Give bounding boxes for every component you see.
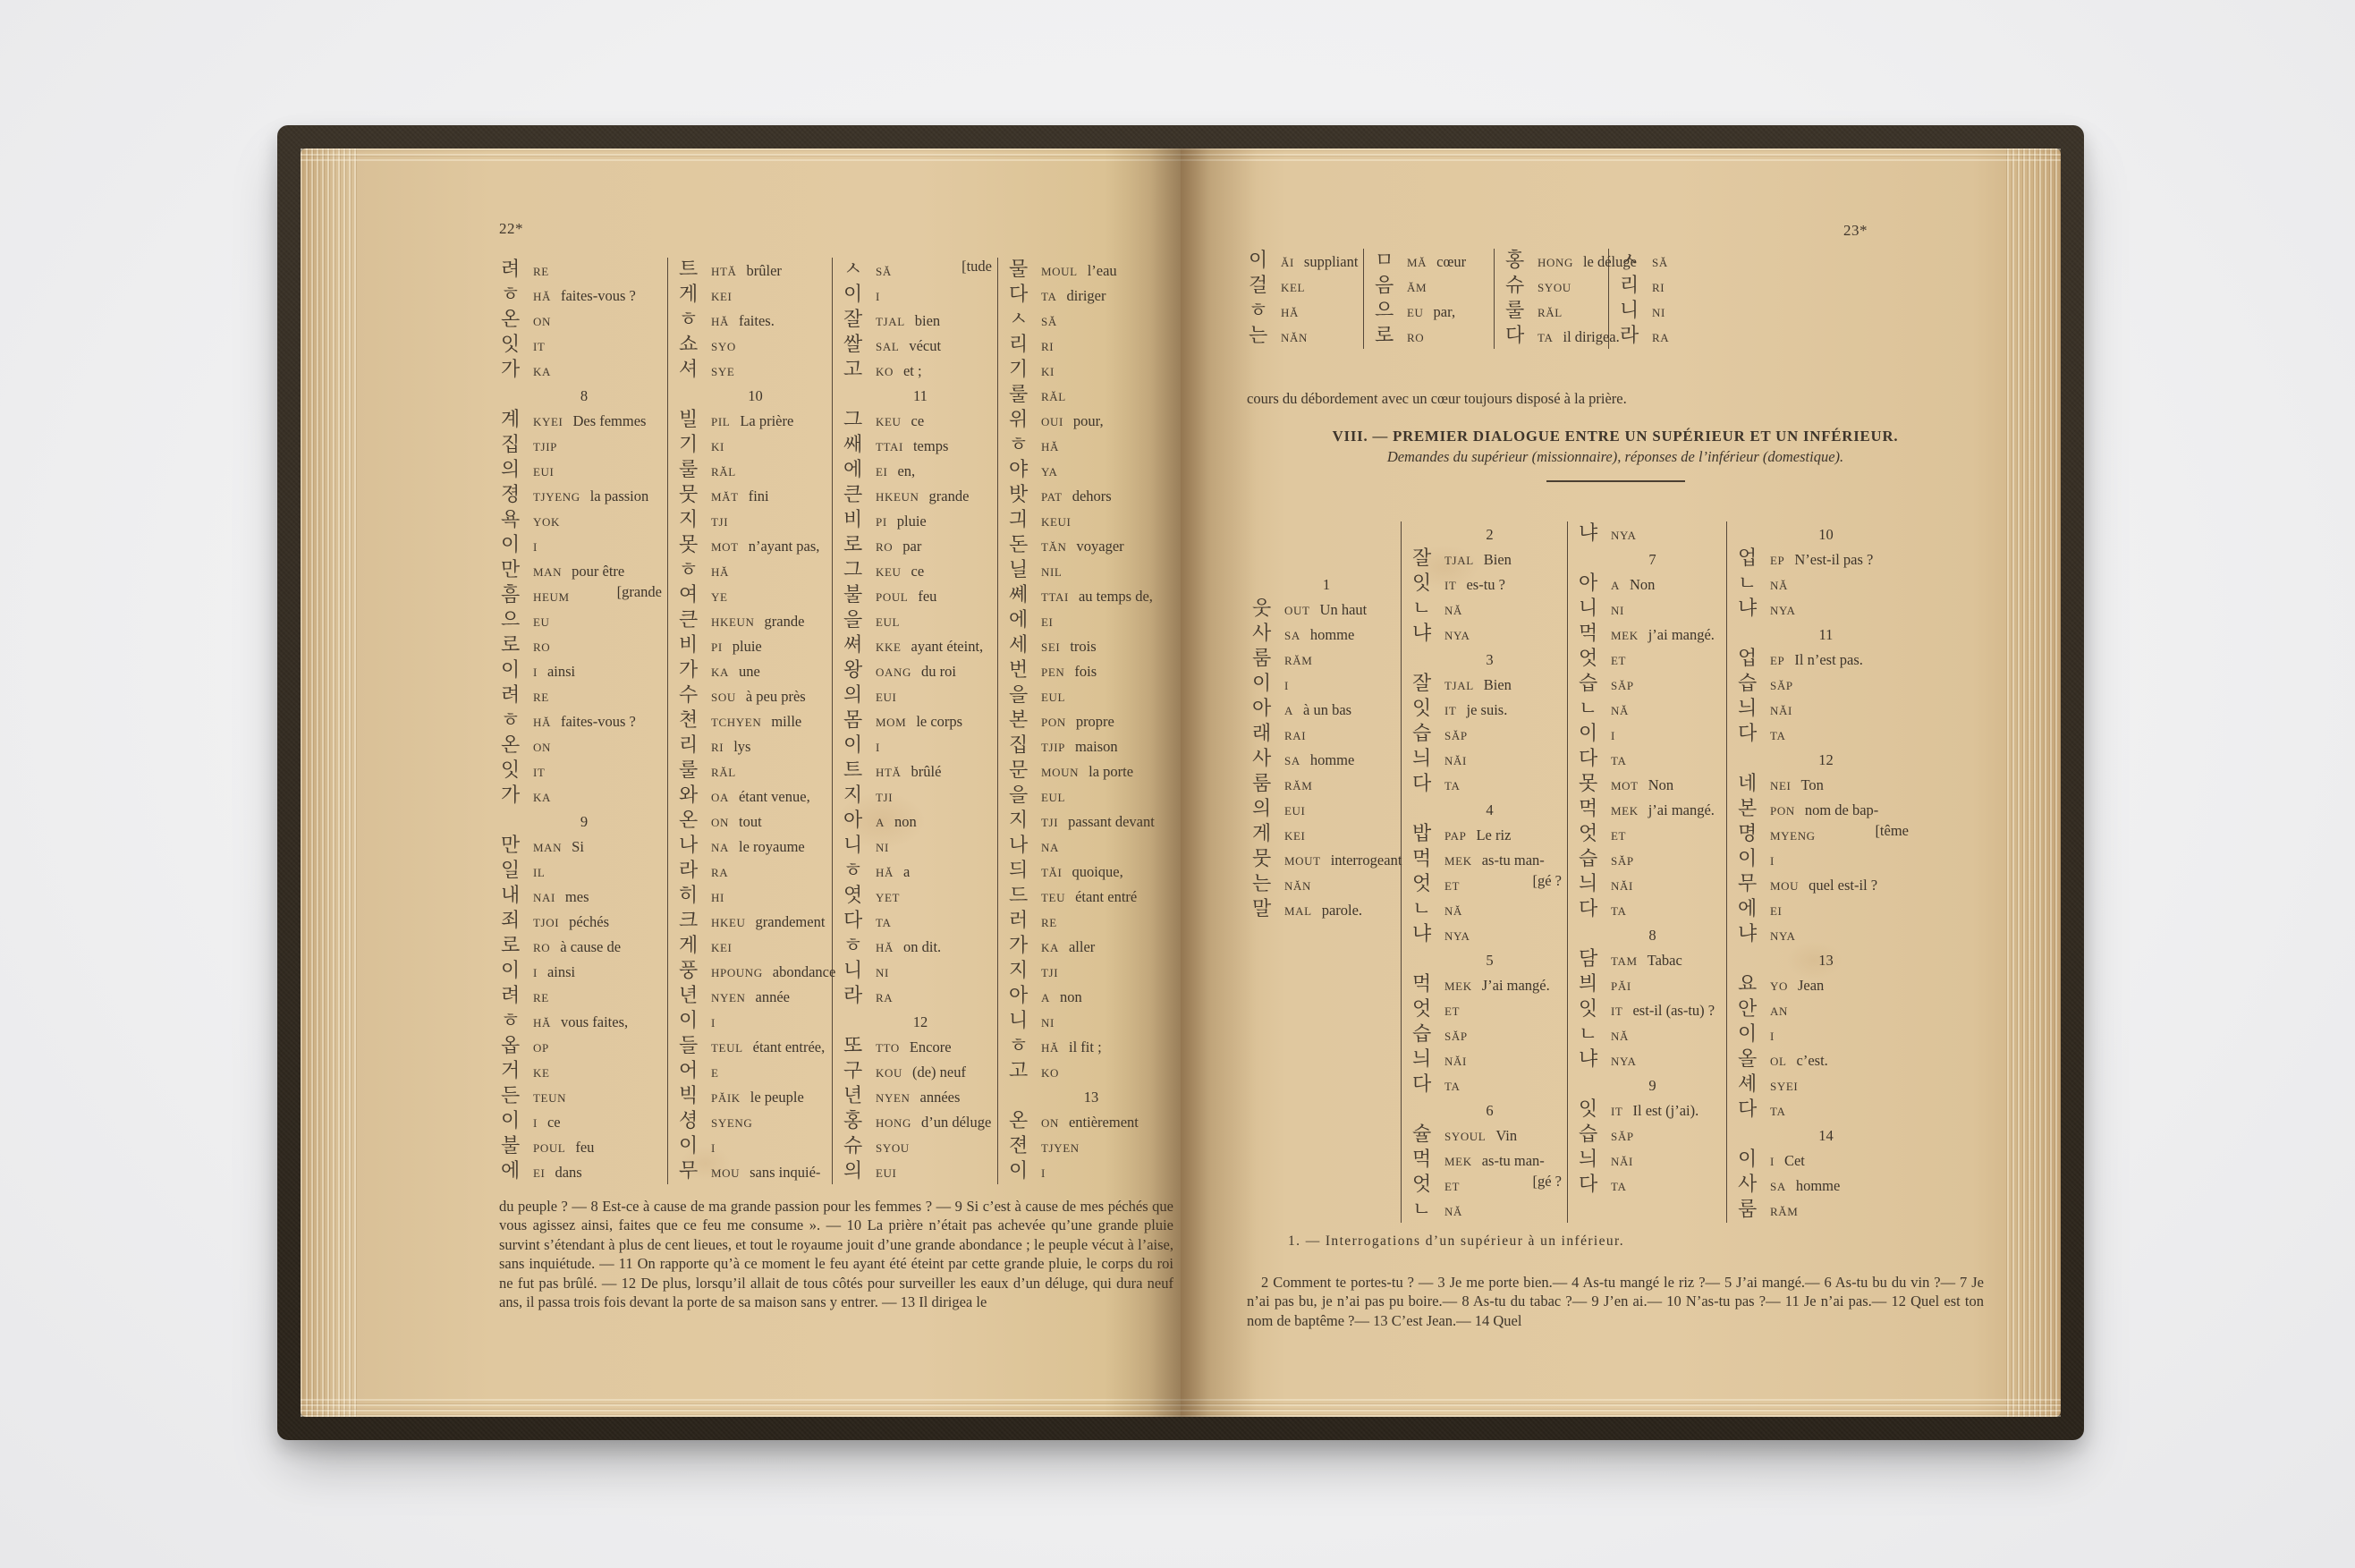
romanization: I (533, 665, 538, 680)
entry-row: 나NAle royaume (679, 834, 832, 859)
entry-row: 러RE (1009, 909, 1173, 934)
dialogue-table: 1웃OUTUn haut사SAhomme룸RĂM이I아Aà un bas래RAI… (1250, 521, 1984, 1223)
gloss: faites-vous ? (561, 287, 636, 305)
romanization: SĂP (1611, 854, 1634, 869)
romanization: MOU (1770, 879, 1799, 894)
romanization: EUL (1041, 791, 1065, 805)
entry-row: 늬NĂI (1412, 747, 1567, 772)
hangul-char: 내 (501, 884, 533, 907)
entry-row: 엿YET (843, 884, 997, 909)
romanization: MAN (533, 841, 562, 855)
hangul-char: 수 (679, 683, 711, 707)
gloss: faites. (739, 312, 775, 330)
entry-row: 집TJIP (501, 433, 667, 458)
gloss: N’est-il pas ? (1794, 551, 1873, 569)
hangul-char: 을 (1009, 683, 1041, 707)
romanization: NYA (1770, 929, 1796, 944)
romanization: SYO (711, 340, 736, 354)
hangul-char: 슈 (843, 1134, 876, 1157)
continuation-column-4: ㅅSĂ리RI니NI라RA (1608, 249, 1742, 349)
open-pages: 22* 려REㅎHĂfaites-vous ?온ON잇IT가KA8계KYEIDe… (301, 148, 2061, 1417)
blank-row (1252, 521, 1401, 547)
entry-row: 세SEItrois (1009, 633, 1173, 658)
hangul-char: 로 (1375, 324, 1407, 347)
romanization: TJAL (1444, 554, 1474, 568)
romanization: NYEN (711, 991, 746, 1005)
hangul-char: 다 (1412, 1072, 1444, 1096)
gloss: mes (565, 888, 589, 906)
glossary-table: 려REㅎHĂfaites-vous ?온ON잇IT가KA8계KYEIDes fe… (499, 258, 1173, 1184)
hangul-char: 먹 (1412, 1148, 1444, 1171)
gloss: pluie (897, 513, 927, 530)
entry-row: 다TA (1412, 772, 1567, 797)
entry-row: 크HKEUgrandement (679, 909, 832, 934)
entry-row: 쎠KKEayant éteint, (843, 633, 997, 658)
gloss: entièrement (1069, 1114, 1139, 1132)
romanization: HPOUNG (711, 966, 763, 980)
hangul-char: 쳔 (679, 708, 711, 732)
hangul-char: 늬 (1579, 1148, 1611, 1171)
entry-row: 엇ET (1579, 822, 1726, 847)
gloss: le corps (916, 713, 962, 731)
hangul-char: 는 (1252, 872, 1284, 895)
entry-row: 다TA (1738, 1098, 1914, 1123)
gloss: brûlé (911, 763, 942, 781)
romanization: TA (1770, 729, 1786, 743)
hangul-char: 지 (843, 784, 876, 807)
romanization: NĂ (1444, 604, 1462, 618)
gloss: trois (1070, 638, 1096, 656)
hangul-char: 습 (1412, 1022, 1444, 1046)
hangul-char: 아 (843, 809, 876, 832)
hangul-char: 홍 (1505, 249, 1538, 272)
entry-row: ㄴNĂ (1579, 697, 1726, 722)
entry-row: 에EI (1009, 608, 1173, 633)
entry-row: 로RO (1375, 324, 1494, 349)
entry-row: ㅎHĂa (843, 859, 997, 884)
entry-row: 을EUL (843, 608, 997, 633)
entry-row: 계KYEIDes femmes (501, 408, 667, 433)
hangul-char: 안 (1738, 997, 1770, 1021)
entry-row: 이Iainsi (501, 658, 667, 683)
entry-row: 니NI (843, 834, 997, 859)
romanization: NI (1652, 306, 1665, 320)
romanization: TTO (876, 1041, 900, 1055)
entry-row: 불POULfeu (501, 1134, 667, 1159)
romanization: PAP (1444, 829, 1466, 843)
hangul-char: 명 (1738, 822, 1770, 845)
footnote-paragraph-right: 2 Comment te portes-tu ? — 3 Je me porte… (1247, 1273, 1984, 1330)
romanization: SYENG (711, 1116, 752, 1131)
hangul-char: 룰 (679, 759, 711, 782)
hangul-char: 업 (1738, 647, 1770, 670)
romanization: HĂ (711, 565, 729, 580)
entry-row: 가KAaller (1009, 934, 1173, 959)
glossary-column-1: 려REㅎHĂfaites-vous ?온ON잇IT가KA8계KYEIDes fe… (499, 258, 667, 1184)
romanization: TAM (1611, 954, 1638, 969)
hangul-char: 년 (679, 984, 711, 1007)
romanization: TJAL (1444, 679, 1474, 693)
romanization: TA (1444, 779, 1461, 793)
entry-row: 냐NYA (1579, 1047, 1726, 1072)
gloss: dehors (1072, 487, 1112, 505)
romanization: SĂP (1444, 729, 1468, 743)
hangul-char: 잘 (1412, 547, 1444, 570)
romanization: YA (1041, 465, 1058, 479)
hangul-char: 엇 (1579, 822, 1611, 845)
romanization: PI (711, 640, 723, 655)
chapter-subheading: Demandes du supérieur (missionnaire), ré… (1247, 448, 1984, 466)
section-number: 13 (1009, 1084, 1173, 1109)
hangul-char: ㅎ (1249, 299, 1281, 322)
entry-row: 뭇MOUTinterrogeant (1252, 847, 1401, 872)
gloss: je suis. (1466, 701, 1507, 719)
romanization: RE (1041, 916, 1057, 930)
romanization: NYA (1611, 529, 1637, 543)
hangul-char: 그 (843, 408, 876, 431)
romanization: NYA (1611, 1055, 1637, 1069)
hangul-char: 의 (501, 458, 533, 481)
entry-row: 몸MOMle corps (843, 708, 997, 733)
section-heading: 1. — Interrogations d’un supérieur à un … (1288, 1233, 1984, 1250)
entry-row: ㄴNĂ (1412, 597, 1567, 622)
entry-row: 슐SYOULVin (1412, 1123, 1567, 1148)
romanization: NĂN (1284, 879, 1311, 894)
romanization: SYOUL (1444, 1130, 1486, 1144)
hangul-char: 븨 (1579, 972, 1611, 996)
hangul-char: 려 (501, 683, 533, 707)
entry-row: 게KEI (1252, 822, 1401, 847)
romanization: SAL (876, 340, 899, 354)
romanization: HĂ (533, 290, 551, 304)
hangul-char: 뭇 (679, 483, 711, 506)
hangul-char: 는 (1249, 324, 1281, 347)
gloss: temps (913, 437, 948, 455)
hangul-char: 라 (843, 984, 876, 1007)
romanization: YOK (533, 515, 560, 530)
entry-row: 다TA (1579, 747, 1726, 772)
romanization: RO (533, 640, 550, 655)
entry-row: 을EUL (1009, 784, 1173, 809)
entry-row: 트HTĂbrûler (679, 258, 832, 283)
hangul-char: 이 (501, 1109, 533, 1132)
romanization: SA (1284, 754, 1300, 768)
gloss: Ton (1800, 776, 1823, 794)
gloss: la porte (1089, 763, 1133, 781)
romanization: MOUL (1041, 265, 1078, 279)
romanization: ON (711, 816, 729, 830)
continuation-column-2: ㅁMĂcœur음ĂM으EUpar,로RO (1363, 249, 1494, 349)
hangul-char: 옵 (501, 1034, 533, 1057)
hangul-char: 웃 (1252, 597, 1284, 620)
entry-row: 온ONtout (679, 809, 832, 834)
hangul-char: 이 (1738, 1022, 1770, 1046)
entry-row: 먹MEKj’ai mangé. (1579, 622, 1726, 647)
hangul-char: 흠 (501, 583, 533, 606)
entry-row: 빅PĂIKle peuple (679, 1084, 832, 1109)
hangul-char: 기 (679, 433, 711, 456)
romanization: MOU (711, 1166, 740, 1181)
romanization: MOUT (1284, 854, 1321, 869)
entry-row: 잇ITes-tu ? (1412, 572, 1567, 597)
entry-row: 에EIdans (501, 1159, 667, 1184)
hangul-char: 니 (843, 834, 876, 857)
gloss: est-il (as-tu) ? (1632, 1002, 1715, 1020)
entry-row: 리RI (1620, 274, 1742, 299)
entry-row: 잘TJALBien (1412, 547, 1567, 572)
romanization: TJYEN (1041, 1141, 1080, 1156)
entry-row: 불POULfeu (843, 583, 997, 608)
section-number: 2 (1412, 521, 1567, 547)
hangul-char: 다 (1009, 283, 1041, 306)
gloss: ce (911, 412, 925, 430)
hangul-char: 불 (501, 1134, 533, 1157)
section-number: 10 (1738, 521, 1914, 547)
gloss: Le riz (1476, 826, 1511, 844)
entry-row: 라RA (1620, 324, 1742, 349)
entry-row: 이I (1252, 672, 1401, 697)
hangul-char: 으 (501, 608, 533, 631)
romanization: KEI (711, 941, 732, 955)
gloss: lys (733, 738, 750, 756)
page-stack-edge-bottom (301, 1399, 1181, 1417)
glossary-column-2: 트HTĂbrûler게KEIㅎHĂfaites.쇼SYO셔SYE10빌PILLa… (667, 258, 832, 1184)
hangul-char: 몸 (843, 708, 876, 732)
hangul-char: 그 (843, 558, 876, 581)
hangul-char: 쎼 (1009, 583, 1041, 606)
romanization: TJI (1041, 966, 1058, 980)
romanization: SĂ (876, 265, 892, 279)
book-cover: 22* 려REㅎHĂfaites-vous ?온ON잇IT가KA8계KYEIDe… (277, 125, 2084, 1440)
entry-row: 이I (843, 733, 997, 759)
glossary-column-4: 물MOULl’eau다TAdirigerㅅSĂ리RI기KI룰RĂL위OUIpou… (997, 258, 1173, 1184)
hangul-char: 젼 (1009, 1134, 1041, 1157)
hangul-char: 또 (843, 1034, 876, 1057)
hangul-char: 잘 (1412, 672, 1444, 695)
gloss: à peu près (746, 688, 806, 706)
entry-row: 려RE (501, 984, 667, 1009)
hangul-char: 룸 (1252, 772, 1284, 795)
hangul-char: ㅎ (679, 308, 711, 331)
romanization: A (1041, 991, 1050, 1005)
entry-row: 집TJIPmaison (1009, 733, 1173, 759)
entry-row: 큰HKEUNgrande (843, 483, 997, 508)
romanization: RĂL (711, 766, 736, 780)
hangul-char: 잇 (1412, 572, 1444, 595)
hangul-char: 업 (1738, 547, 1770, 570)
entry-row: 슈SYOU (843, 1134, 997, 1159)
romanization: ĂM (1407, 281, 1427, 295)
hangul-char: ㅎ (843, 934, 876, 957)
entry-row: ㄴNĂ (1412, 897, 1567, 922)
romanization: TTAI (876, 440, 903, 454)
hangul-char: 고 (843, 358, 876, 381)
entry-row: 아Anon (843, 809, 997, 834)
hangul-char: 무 (1738, 872, 1770, 895)
romanization: TJOI (533, 916, 559, 930)
entry-row: 다TA (1412, 1072, 1567, 1098)
hangul-char: 히 (679, 884, 711, 907)
entry-row: ㅎHĂfaites. (679, 308, 832, 333)
entry-row: 이ICet (1738, 1148, 1914, 1173)
footnote-paragraph-left: du peuple ? — 8 Est-ce à cause de ma gra… (499, 1197, 1173, 1311)
gloss: Si (572, 838, 584, 856)
entry-row: 습SĂP (1579, 672, 1726, 697)
entry-row: 졍TJYENGla passion (501, 483, 667, 508)
hangul-char: 룰 (1009, 383, 1041, 406)
romanization: SYOU (1538, 281, 1571, 295)
entry-row: 든TEUN (501, 1084, 667, 1109)
romanization: POUL (876, 590, 908, 605)
romanization: YE (711, 590, 728, 605)
section-number: 10 (679, 383, 832, 408)
entry-row: 빌PILLa prière (679, 408, 832, 433)
gloss: vécut (909, 337, 941, 355)
gloss: Non (1630, 576, 1655, 594)
entry-row: ㅎHĂ (1009, 433, 1173, 458)
entry-row: 지TJI (1009, 959, 1173, 984)
romanization: NIL (1041, 565, 1062, 580)
gloss: le royaume (739, 838, 805, 856)
entry-row: 이Ice (501, 1109, 667, 1134)
entry-row: 와OAétant venue, (679, 784, 832, 809)
romanization: I (876, 741, 880, 755)
hangul-char: 욕 (501, 508, 533, 531)
hangul-char: 니 (1009, 1009, 1041, 1032)
entry-row: 드TEUétant entré (1009, 884, 1173, 909)
romanization: MOUN (1041, 766, 1079, 780)
hangul-char: 구 (843, 1059, 876, 1082)
right-page: 23* 이ĂIsuppliant걸KELㅎHĂ는NĂN ㅁMĂcœur음ĂM으E… (1181, 148, 2061, 1417)
romanization: EUI (533, 465, 554, 479)
hangul-char: 어 (679, 1059, 711, 1082)
romanization: NI (1611, 604, 1624, 618)
romanization: HĂ (1041, 440, 1059, 454)
entry-row: 사SAhomme (1252, 622, 1401, 647)
hangul-char: 쎠 (843, 633, 876, 657)
romanization: IT (1611, 1105, 1622, 1119)
entry-row: 년NYENannées (843, 1084, 997, 1109)
section-number: 3 (1412, 647, 1567, 672)
section-number: 4 (1412, 797, 1567, 822)
entry-row: 으EUpar, (1375, 299, 1494, 324)
hangul-char: 큰 (679, 608, 711, 631)
romanization: TJAL (876, 315, 905, 329)
dialogue-column-3: 냐NYA7아ANon니NI먹MEKj’ai mangé.엇ET습SĂPㄴNĂ이I… (1567, 521, 1726, 1223)
romanization: RA (711, 866, 728, 880)
romanization: IT (1611, 1004, 1622, 1019)
gloss: ce (547, 1114, 561, 1132)
entry-row: 아ANon (1579, 572, 1726, 597)
romanization: EU (533, 615, 550, 630)
romanization: PEN (1041, 665, 1064, 680)
romanization: OANG (876, 665, 911, 680)
hangul-char: 와 (679, 784, 711, 807)
hangul-char: 못 (1579, 772, 1611, 795)
gloss: maison (1075, 738, 1118, 756)
romanization: MYENG (1770, 829, 1816, 843)
hangul-char: 아 (1252, 697, 1284, 720)
hangul-char: 로 (843, 533, 876, 556)
hangul-char: ㄴ (1412, 897, 1444, 920)
page-number-left: 22* (499, 220, 1173, 238)
hangul-char: 닐 (1009, 558, 1041, 581)
romanization: HĂ (711, 315, 729, 329)
hangul-char: ㅅ (1009, 308, 1041, 331)
hangul-char: 먹 (1579, 797, 1611, 820)
hangul-char: 말 (1252, 897, 1284, 920)
entry-row: 습SĂP (1579, 847, 1726, 872)
romanization: MAN (533, 565, 562, 580)
romanization: TJYENG (533, 490, 580, 504)
entry-row: 엇ET[gé ? (1412, 1173, 1567, 1198)
entry-row: 게KEI (679, 934, 832, 959)
entry-row: 기KI (679, 433, 832, 458)
hangul-char: 려 (501, 258, 533, 281)
entry-row: 엇ET (1412, 997, 1567, 1022)
gloss: abondance (773, 963, 836, 981)
romanization: A (1284, 704, 1293, 718)
gloss: par, (1434, 303, 1456, 321)
romanization: KA (533, 365, 551, 379)
entry-row: 잇ITje suis. (1412, 697, 1567, 722)
hangul-char: 지 (1009, 809, 1041, 832)
hangul-char: 물 (1009, 258, 1041, 281)
gloss: ayant éteint, (911, 638, 984, 656)
romanization: NA (1041, 841, 1059, 855)
entry-row: 잘TJALBien (1412, 672, 1567, 697)
entry-row: 온ONentièrement (1009, 1109, 1173, 1134)
romanization: EUL (876, 615, 900, 630)
gloss: Encore (910, 1038, 952, 1056)
gloss: es-tu ? (1466, 576, 1505, 594)
entry-row: 로ROpar (843, 533, 997, 558)
romanization: KEU (876, 415, 902, 429)
gloss: Bien (1484, 551, 1512, 569)
romanization: NAI (533, 891, 555, 905)
romanization: NĂI (1444, 1055, 1467, 1069)
gloss: ce (911, 563, 925, 581)
romanization: E (711, 1066, 719, 1081)
hangul-char: 졍 (501, 483, 533, 506)
romanization: PON (1041, 716, 1066, 730)
entry-row: 라RA (843, 984, 997, 1009)
entry-row: 돈TĂNvoyager (1009, 533, 1173, 558)
hangul-char: 본 (1738, 797, 1770, 820)
romanization: NA (711, 841, 729, 855)
romanization: HONG (1538, 256, 1573, 270)
gloss: Bien (1484, 676, 1512, 694)
hangul-char: 빅 (679, 1084, 711, 1107)
gloss: non (894, 813, 917, 831)
section-number: 14 (1738, 1123, 1914, 1148)
romanization: RĂL (1538, 306, 1563, 320)
entry-row: 늬NĂI (1579, 1148, 1726, 1173)
entry-row: 로RO (501, 633, 667, 658)
hangul-char: 룰 (679, 458, 711, 481)
hangul-char: 비 (843, 508, 876, 531)
romanization: KO (876, 365, 894, 379)
romanization: TA (1538, 331, 1554, 345)
hangul-char: 음 (1375, 274, 1407, 297)
romanization: PĂIK (711, 1091, 741, 1106)
blank-row (1252, 547, 1401, 572)
entry-row: 셩SYENG (679, 1109, 832, 1134)
hangul-char: 습 (1579, 672, 1611, 695)
entry-row: 밥PAPLe riz (1412, 822, 1567, 847)
romanization: I (711, 1141, 716, 1156)
hangul-char: ㅅ (1620, 249, 1652, 272)
